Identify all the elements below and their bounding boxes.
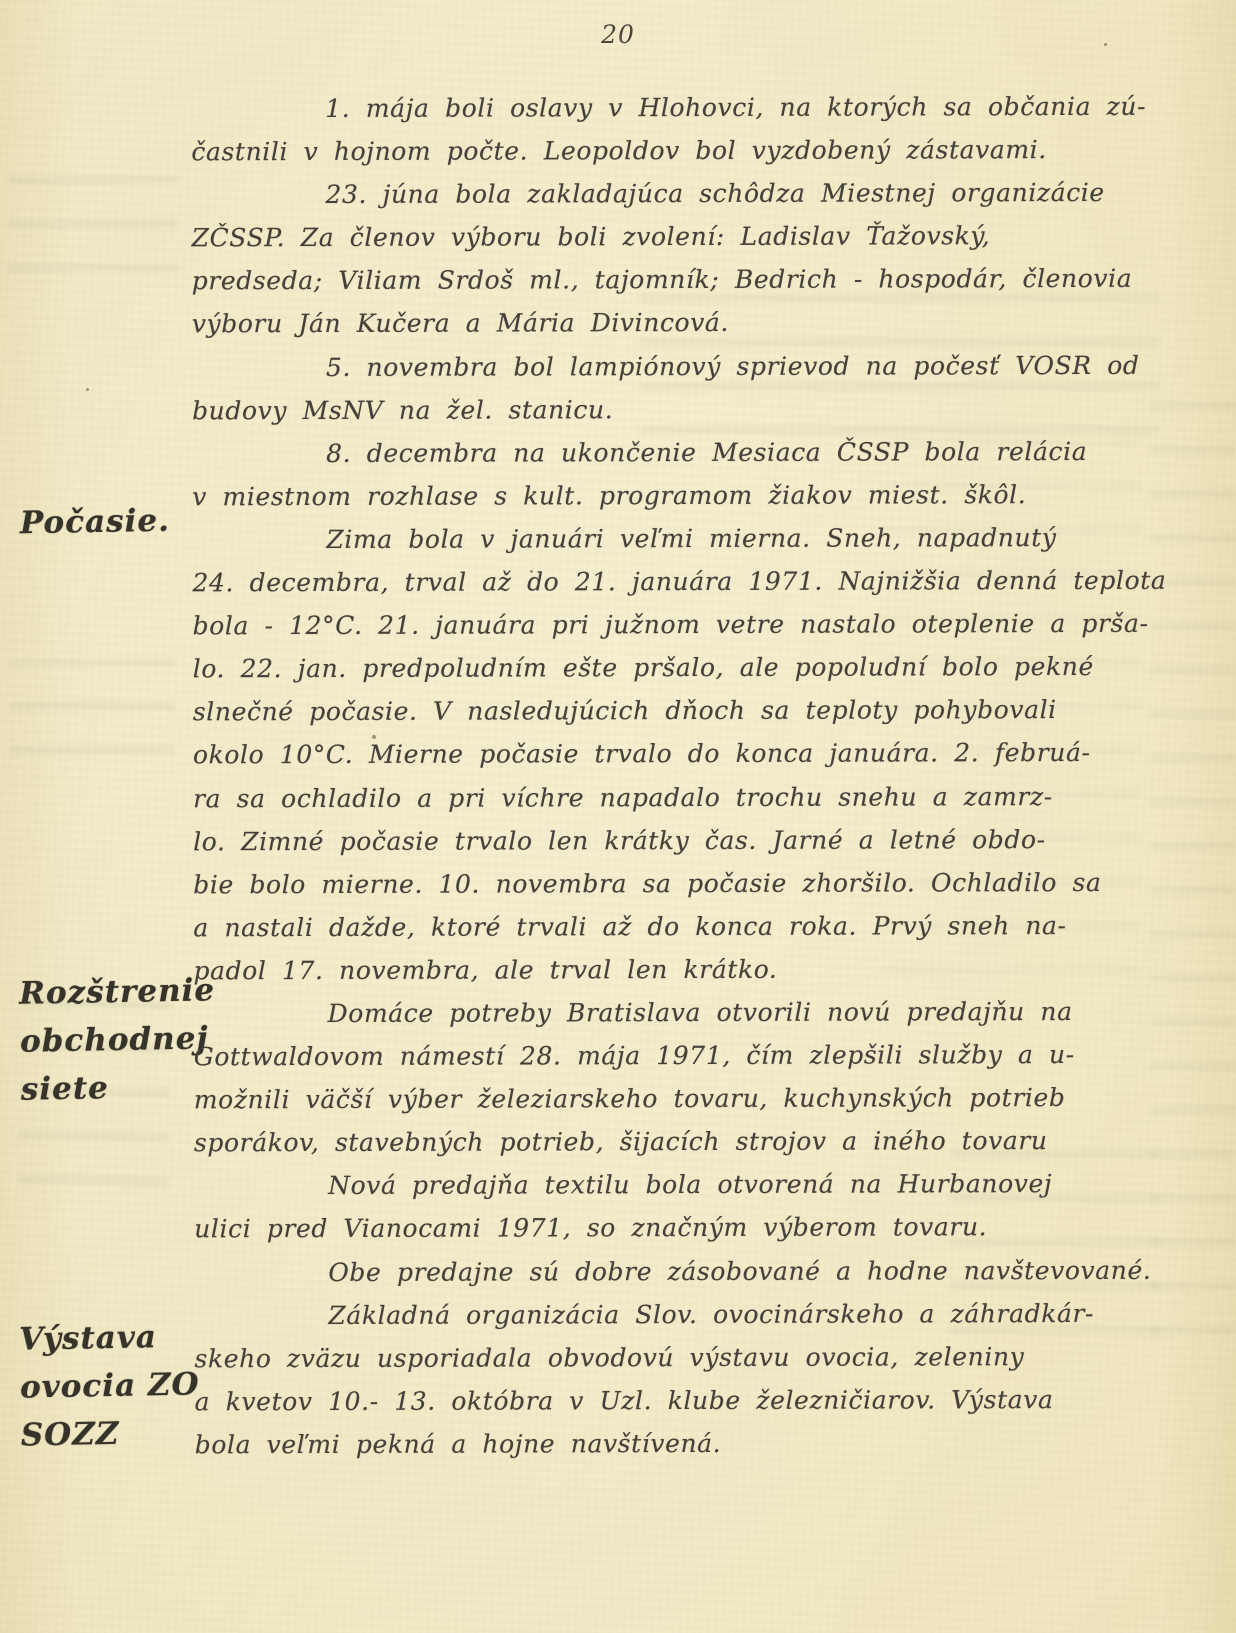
text-line: lo. Zimné počasie trvalo len krátky čas.…: [193, 817, 1183, 863]
text-line: Zima bola v januári veľmi mierna. Sneh, …: [192, 516, 1182, 562]
text-line: 24. decembra, trval až do 21. januára 19…: [192, 559, 1182, 605]
margin-note-label: Rozštrenie: [19, 966, 216, 1017]
text-line: 1. mája boli oslavy v Hlohovci, na ktorý…: [191, 85, 1181, 131]
text-line: výboru Ján Kučera a Mária Divincová.: [192, 300, 1182, 346]
text-line: bola veľmi pekná a hojne navštívená.: [195, 1421, 1185, 1467]
text-line: bola - 12°C. 21. januára pri južnom vetr…: [193, 602, 1183, 648]
text-line: padol 17. novembra, ale trval len krátko…: [193, 947, 1183, 993]
margin-note-label: Počasie.: [20, 497, 171, 548]
text-line: častnili v hojnom počte. Leopoldov bol v…: [191, 128, 1181, 174]
bleed-through-ghost: [10, 660, 175, 780]
text-line: okolo 10°C. Mierne počasie trvalo do kon…: [193, 731, 1183, 777]
text-line: možnili väčší výber železiarskeho tovaru…: [194, 1076, 1184, 1122]
text-line: predseda; Viliam Srdoš ml., tajomník; Be…: [192, 257, 1182, 303]
bleed-through-ghost: [8, 168, 178, 298]
text-line: Gottwaldovom námestí 28. mája 1971, čím …: [194, 1033, 1184, 1079]
text-line: skeho zväzu usporiadala obvodovú výstavu…: [194, 1334, 1184, 1380]
text-line: ZČSSP. Za členov výboru boli zvolení: La…: [192, 214, 1182, 260]
text-line: a kvetov 10.- 13. októbra v Uzl. klube ž…: [195, 1378, 1185, 1424]
text-line: v miestnom rozhlase s kult. programom ži…: [192, 473, 1182, 519]
text-line: Obe predajne sú dobre zásobované a hodne…: [194, 1248, 1184, 1294]
text-line: a nastali dažde, ktoré trvali až do konc…: [193, 903, 1183, 949]
margin-note-label: obchodnej: [20, 1014, 217, 1065]
text-line: budovy MsNV na žel. stanicu.: [192, 386, 1182, 432]
text-line: 23. júna bola zakladajúca schôdza Miestn…: [191, 171, 1181, 217]
margin-note-label: siete: [20, 1062, 217, 1113]
text-line: Domáce potreby Bratislava otvorili novú …: [194, 990, 1184, 1036]
chronicle-page-scan: { "page": { "number": "20" }, "margin_no…: [0, 0, 1236, 1633]
text-line: sporákov, stavebných potrieb, šijacích s…: [194, 1119, 1184, 1165]
handwritten-body: 1. mája boli oslavy v Hlohovci, na ktorý…: [191, 85, 1185, 1467]
text-line: 5. novembra bol lampiónový sprievod na p…: [192, 343, 1182, 389]
page-number: 20: [0, 20, 1236, 49]
margin-note-vystava-ovocia: Výstava ovocia ZO SOZZ: [19, 1312, 201, 1459]
text-line: ra sa ochladilo a pri víchre napadalo tr…: [193, 774, 1183, 820]
text-line: 8. decembra na ukončenie Mesiaca ČSSP bo…: [192, 429, 1182, 475]
text-line: ulici pred Vianocami 1971, so značným vý…: [194, 1205, 1184, 1251]
text-line: lo. 22. jan. predpoludním ešte pršalo, a…: [193, 645, 1183, 691]
margin-note-rozsirenie-obchodnej-siete: Rozštrenie obchodnej siete: [19, 966, 217, 1113]
text-line: Základná organizácia Slov. ovocinárskeho…: [194, 1291, 1184, 1337]
text-line: Nová predajňa textilu bola otvorená na H…: [194, 1162, 1184, 1208]
margin-note-label: SOZZ: [20, 1408, 200, 1459]
paper-speck: [86, 388, 89, 391]
margin-note-label: Výstava: [19, 1312, 199, 1363]
margin-note-label: ovocia ZO: [20, 1360, 200, 1411]
margin-note-pocasie: Počasie.: [20, 497, 171, 548]
text-line: slnečné počasie. V nasledujúcich dňoch s…: [193, 688, 1183, 734]
text-line: bie bolo mierne. 10. novembra sa počasie…: [193, 860, 1183, 906]
